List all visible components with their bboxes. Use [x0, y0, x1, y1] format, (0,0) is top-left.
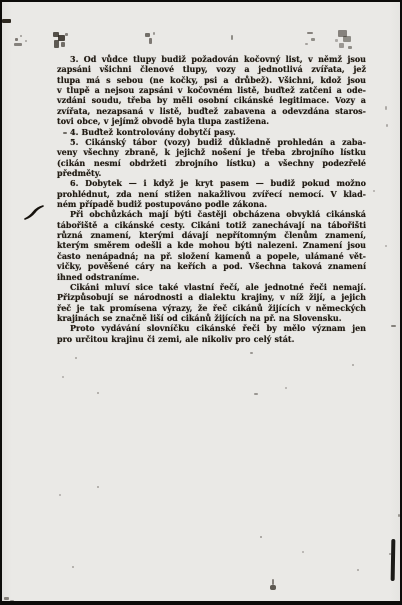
text-line: 4. Buďtež kontrolovány dobytčí pasy.: [57, 127, 366, 137]
text-line: prohlédnut, zda není stižen nakažlivou z…: [57, 189, 366, 199]
ink-speck: [385, 245, 387, 247]
ink-speck: [53, 32, 59, 37]
text-line: tábořiště a cikánské cesty. Cikáni totiž…: [57, 220, 366, 230]
text-line: v tlupě a nejsou zapsáni v kočovném list…: [57, 85, 366, 95]
text-line: krajinách se značně liší od cikánů žijíc…: [57, 313, 366, 323]
ink-speck: [385, 106, 387, 110]
ink-speck: [62, 376, 64, 378]
ink-speck: [15, 38, 18, 41]
ink-speck: [153, 32, 155, 35]
text-block: 3. Od vůdce tlupy budiž požadován kočovn…: [57, 54, 366, 344]
ink-speck: [343, 36, 351, 42]
text-line: vičky, pověšené cáry na keřích a pod. Vš…: [57, 261, 366, 271]
text-line: ném případě budiž postupováno podle záko…: [57, 199, 366, 209]
ink-speck: [270, 585, 276, 590]
text-line: řeč je tak promísena výrazy, že řeč ciká…: [57, 303, 366, 313]
text-line: Při obchůzkách mají býti častěji obcháze…: [57, 209, 366, 219]
ink-speck: [386, 124, 388, 127]
ink-speck: [338, 30, 347, 37]
ink-speck: [373, 190, 375, 192]
text-line: pro určitou krajinu či zemi, ale nikoliv…: [57, 334, 366, 344]
ink-speck: [305, 43, 308, 45]
ink-speck: [311, 38, 315, 41]
ink-speck: [58, 35, 65, 41]
ink-speck: [272, 579, 274, 585]
ink-speck: [352, 364, 354, 366]
ink-speck: [97, 392, 99, 394]
ink-speck: [72, 566, 74, 568]
text-line: (cikán nesmí obdržeti zbrojního lístku) …: [57, 158, 366, 168]
ink-speck: [302, 551, 304, 553]
ink-speck: [285, 387, 287, 389]
text-line: tlupa má s sebou (ne kočky, psi a drůbež…: [57, 75, 366, 85]
ink-speck: [75, 357, 77, 359]
text-line: 3. Od vůdce tlupy budiž požadován kočovn…: [57, 54, 366, 64]
handwritten-checkmark-icon: [24, 204, 46, 222]
ink-speck: [398, 514, 400, 517]
text-line: předměty.: [57, 168, 366, 178]
ink-speck: [307, 32, 313, 34]
text-line: zvířata, nezapsaná v listě, buďtež zabav…: [57, 106, 366, 116]
ink-speck: [357, 569, 359, 571]
text-line: Cikáni mluví sice také vlastní řečí, ale…: [57, 282, 366, 292]
ink-speck: [14, 43, 22, 46]
ink-speck: [25, 40, 27, 42]
ink-speck: [2, 19, 11, 23]
ink-speck: [254, 393, 258, 395]
ink-speck: [4, 597, 9, 600]
text-line: ihned odstraníme.: [57, 272, 366, 282]
text-line: vzdáni soudu, třeba by měli osobní cikán…: [57, 95, 366, 105]
text-line: veny všechny zbraně, k jejichž nošení je…: [57, 147, 366, 157]
text-line: kterým směrem odešli a kde mohou býti na…: [57, 240, 366, 250]
text-line: tovi obce, v jejímž obvodě byla tlupa za…: [57, 116, 366, 126]
margin-ink-bar: [391, 539, 395, 581]
text-line: často nenápadná; na př. složení kamenů a…: [57, 251, 366, 261]
ink-speck: [149, 38, 152, 44]
text-line: 6. Dobytek — i když je kryt pasem — budi…: [57, 178, 366, 188]
text-line: zapsáni všichni členové tlupy, vozy a je…: [57, 64, 366, 74]
ink-speck: [59, 494, 61, 496]
ink-speck: [145, 33, 150, 37]
ink-speck: [65, 33, 68, 36]
text-line: 5. Cikánský tábor (vozy) budiž důkladně …: [57, 137, 366, 147]
scanned-document-page: 3. Od vůdce tlupy budiž požadován kočovn…: [0, 0, 402, 605]
ink-speck: [348, 46, 352, 49]
ink-speck: [250, 352, 253, 354]
ink-speck: [54, 40, 59, 48]
ink-speck: [61, 42, 65, 47]
text-line: Přizpůsobují se národnosti a dialektu kr…: [57, 292, 366, 302]
text-line: různá znamení, kterými dávají nepřítomný…: [57, 230, 366, 240]
ink-speck: [339, 43, 344, 48]
text-line: Proto vydávání slovníčku cikánské řeči b…: [57, 323, 366, 333]
ink-speck: [20, 35, 22, 37]
ink-speck: [10, 600, 14, 602]
ink-speck: [260, 536, 262, 538]
ink-speck: [231, 35, 233, 40]
ink-speck: [97, 486, 99, 488]
ink-speck: [335, 39, 338, 42]
ink-speck: [391, 325, 396, 327]
